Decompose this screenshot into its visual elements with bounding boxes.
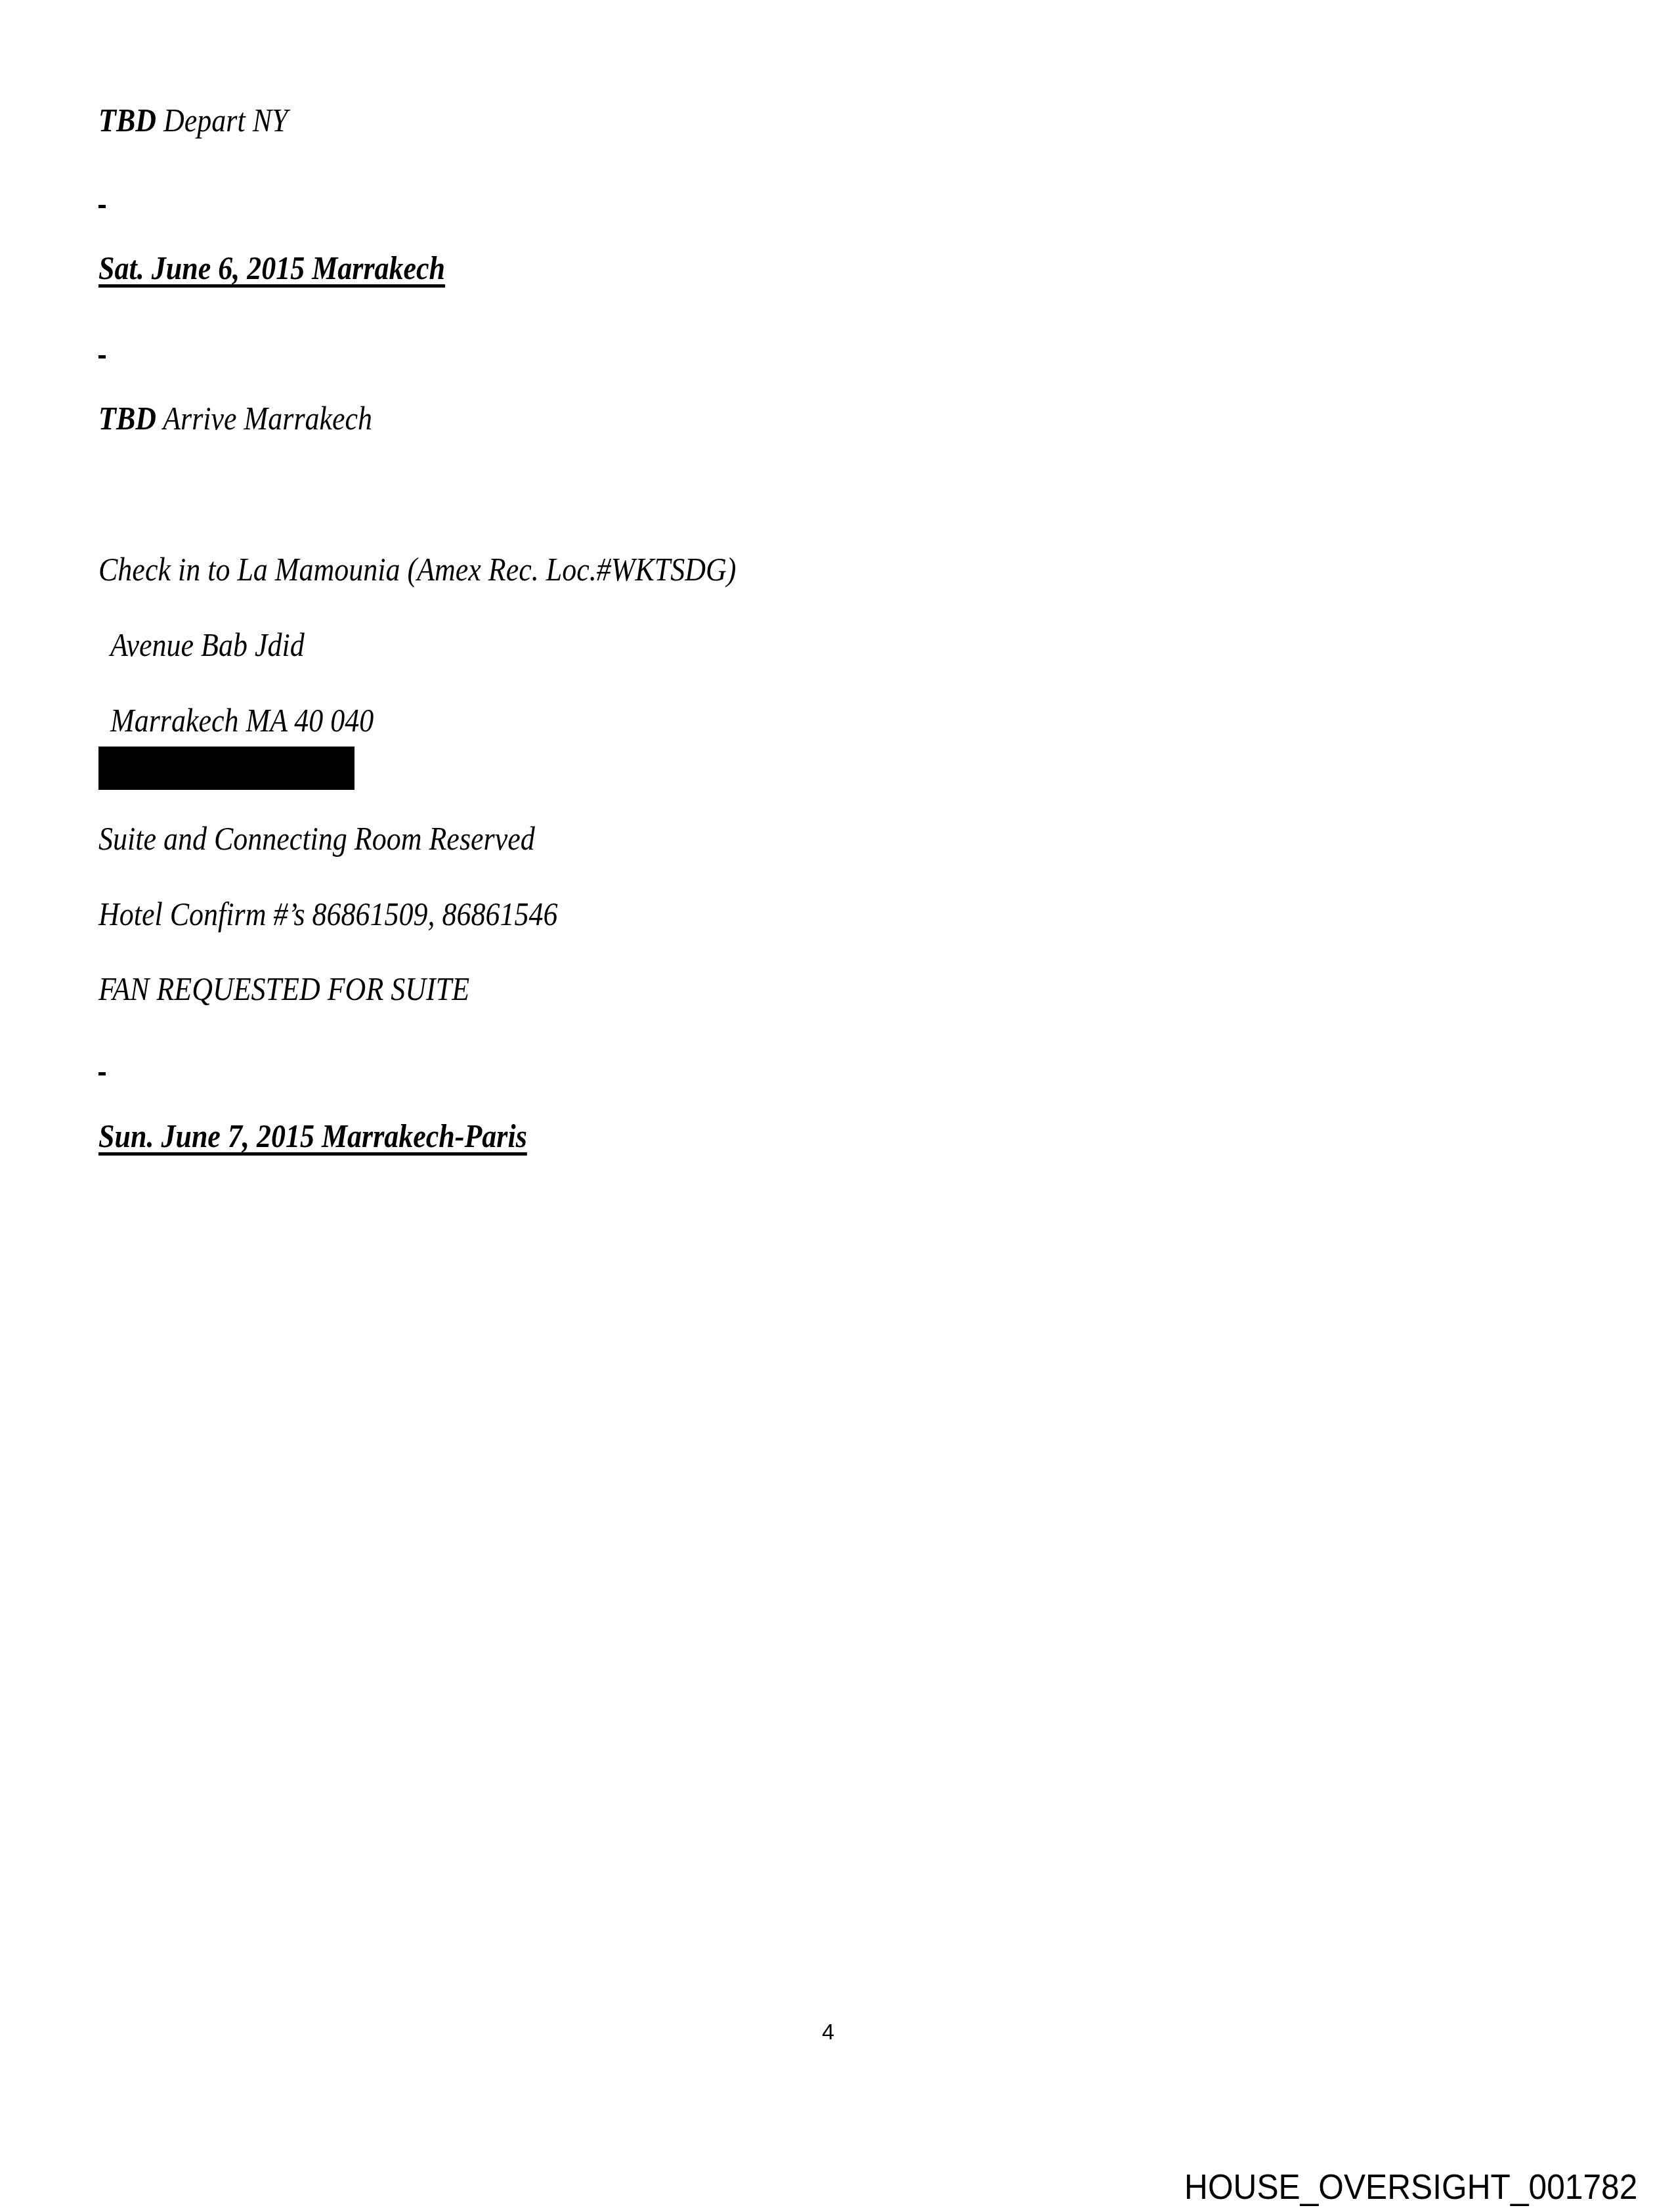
separator-dash: [98, 205, 106, 208]
entry-arrive-marrakech: TBD Arrive Marrakech: [98, 402, 372, 435]
redaction-box: [98, 747, 354, 790]
entry-time: TBD: [98, 102, 156, 139]
day-heading-sun: Sun. June 7, 2015 Marrakech-Paris: [98, 1119, 527, 1152]
page-number: 4: [822, 2020, 834, 2045]
entry-text: Depart NY: [163, 102, 288, 139]
room-reservation: Suite and Connecting Room Reserved: [98, 822, 535, 855]
hotel-check-in: Check in to La Mamounia (Amex Rec. Loc.#…: [98, 553, 736, 586]
entry-depart-ny: TBD Depart NY: [98, 104, 288, 137]
hotel-address-line1: Avenue Bab Jdid: [110, 628, 305, 661]
bates-number: HOUSE_OVERSIGHT_001782: [1184, 2167, 1637, 2207]
fan-request: FAN REQUESTED FOR SUITE: [98, 972, 469, 1005]
day-heading-sat: Sat. June 6, 2015 Marrakech: [98, 251, 445, 284]
entry-time: TBD: [98, 400, 156, 437]
separator-dash: [98, 355, 106, 358]
separator-dash: [98, 1072, 106, 1075]
entry-text: Arrive Marrakech: [163, 400, 372, 437]
hotel-confirmation: Hotel Confirm #’s 86861509, 86861546: [98, 898, 558, 930]
hotel-address-line2: Marrakech MA 40 040: [110, 704, 374, 737]
document-page: TBD Depart NY Sat. June 6, 2015 Marrakec…: [0, 0, 1674, 2212]
